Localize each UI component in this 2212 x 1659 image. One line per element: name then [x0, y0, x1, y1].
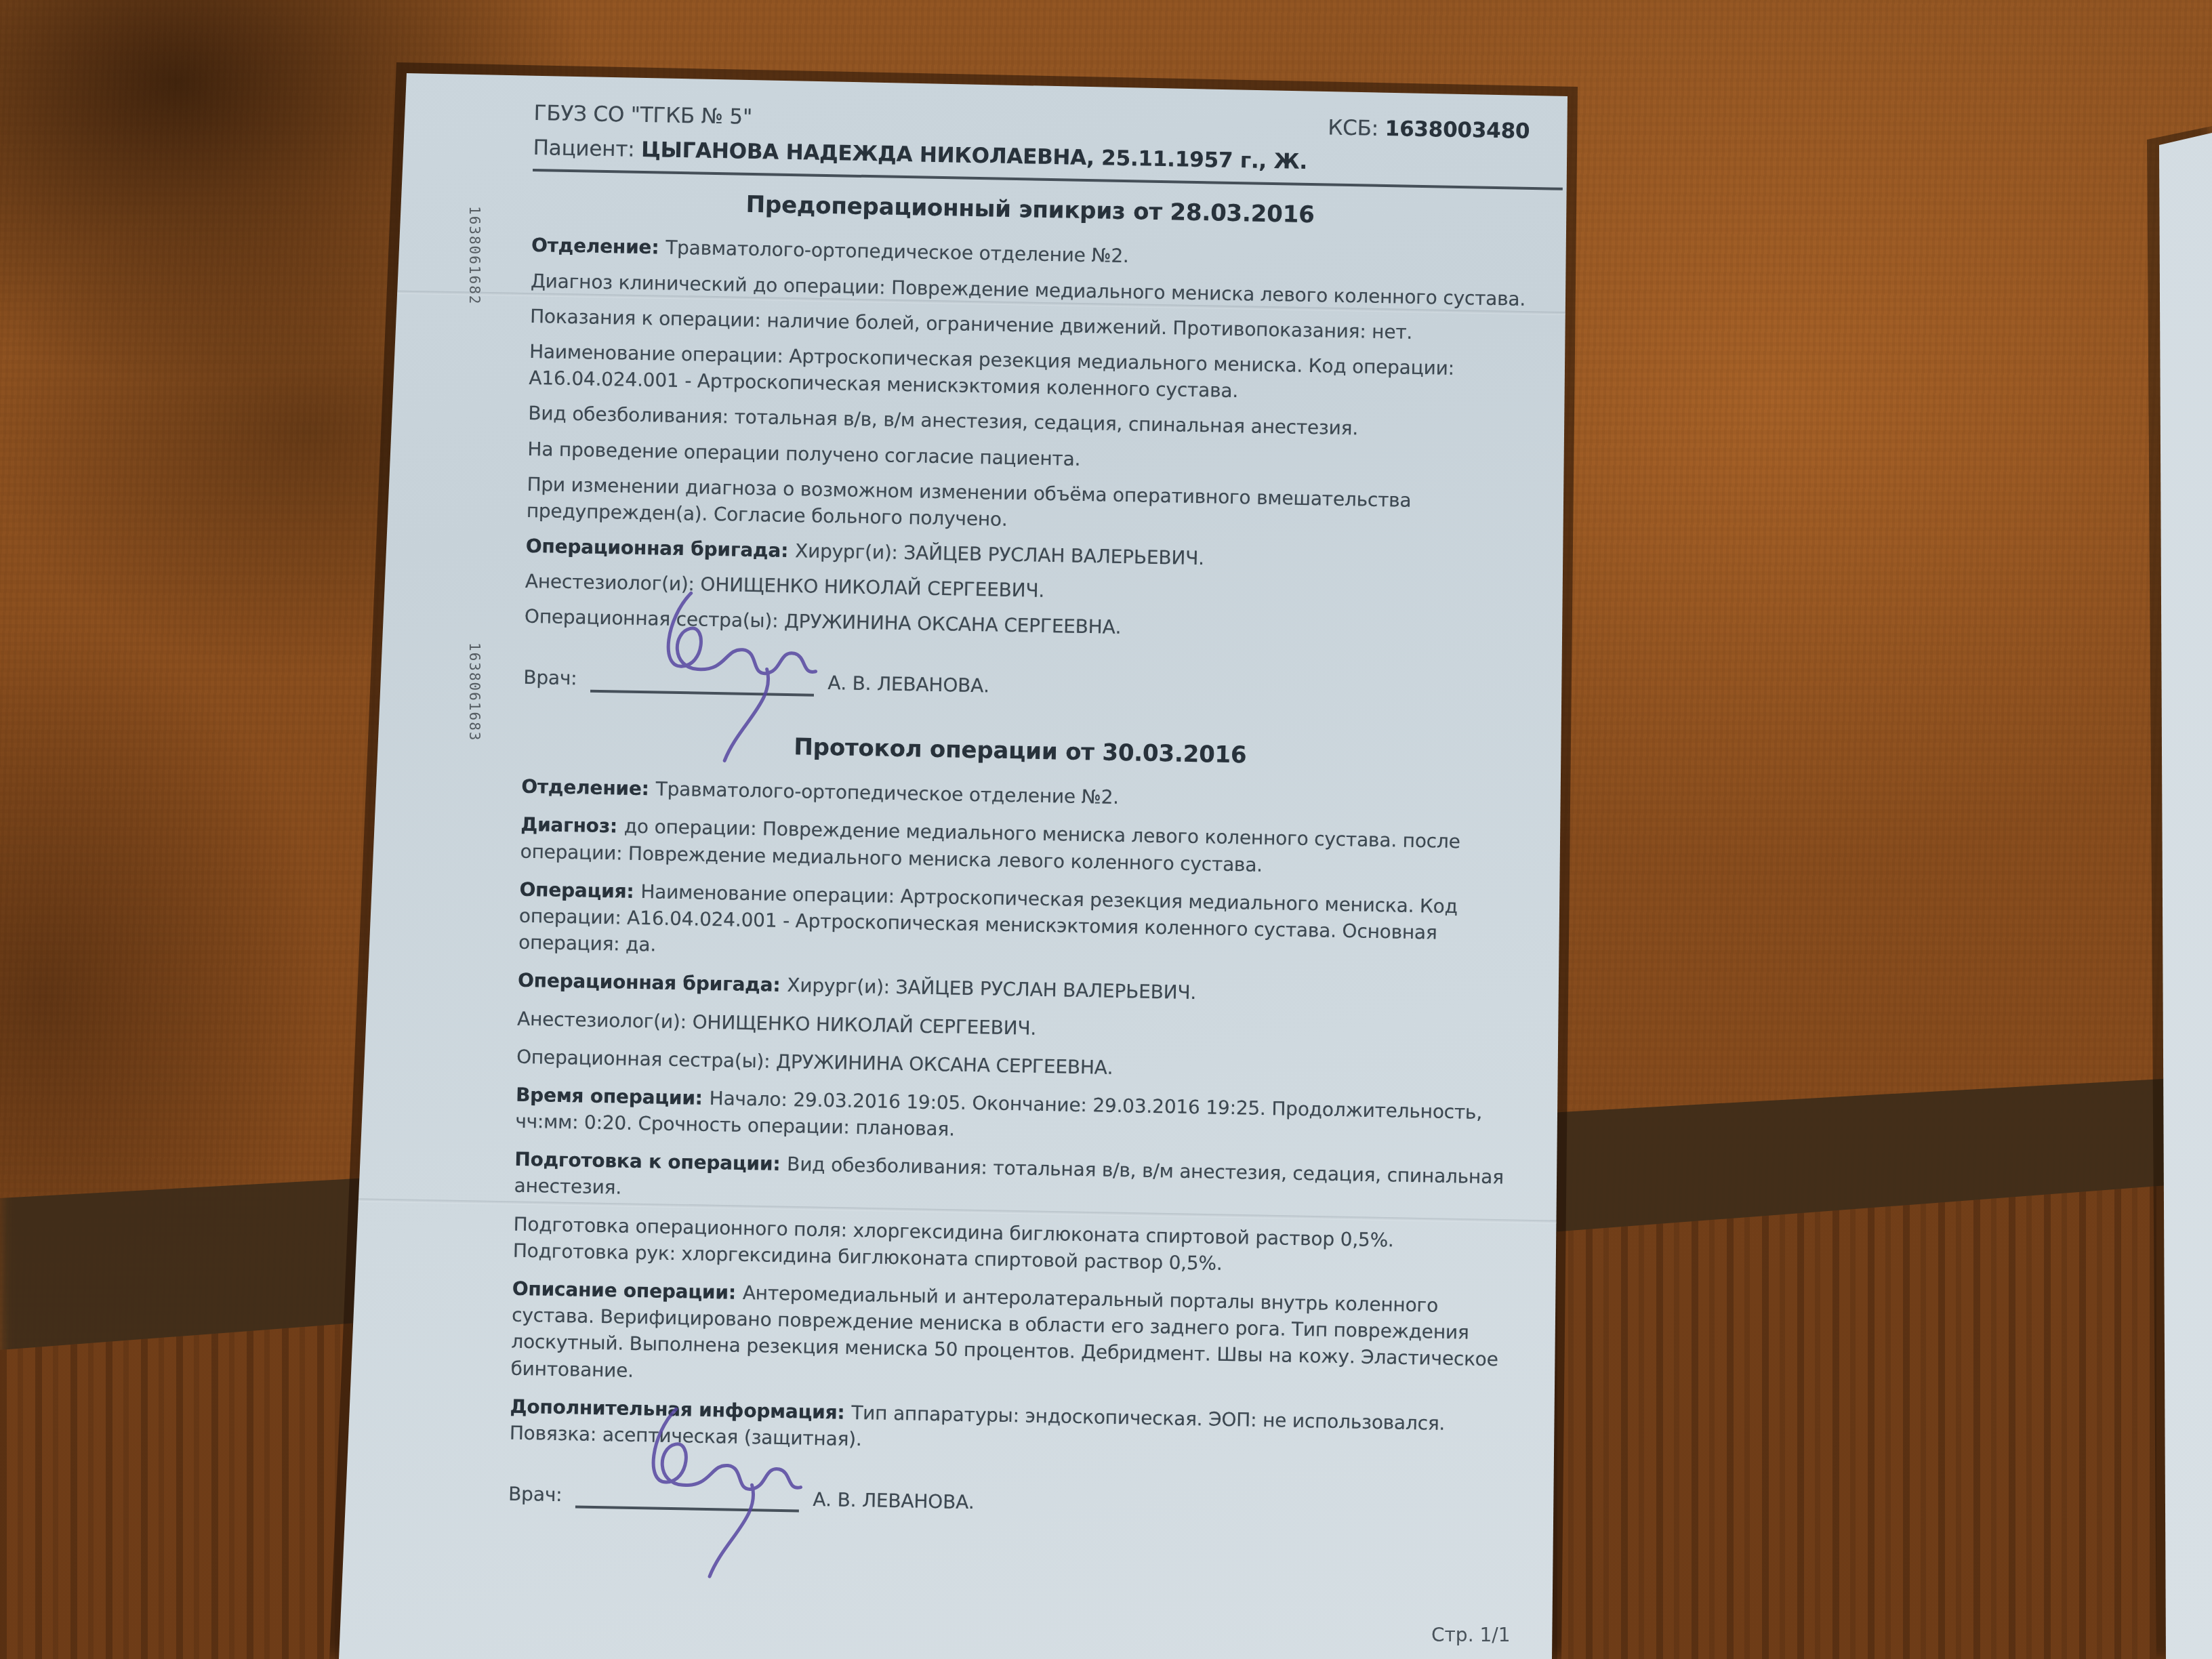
ksb-label: КСБ:	[1328, 115, 1378, 140]
section2-body: Отделение:Травматолого-ортопедическое от…	[510, 773, 1518, 1465]
document-content: ГБУЗ СО "ТГКБ № 5" КСБ: 1638003480 Пацие…	[508, 99, 1530, 1530]
doctor-name: А. В. ЛЕВАНОВА.	[813, 1486, 975, 1516]
paragraph: Время операции:Начало: 29.03.2016 19:05.…	[515, 1082, 1512, 1153]
doctor-signature-row: Врач: А. В. ЛЕВАНОВА.	[508, 1473, 1505, 1525]
doctor-name: А. В. ЛЕВАНОВА.	[827, 670, 989, 700]
paragraph: Наименование операции: Артроскопическая …	[529, 338, 1525, 409]
paragraph: Описание операции:Антеромедиальный и ант…	[510, 1275, 1509, 1400]
paragraph: Операционная бригада:Хирург(и): ЗАЙЦЕВ Р…	[518, 967, 1514, 1012]
photo-of-medical-document: 1638061682 1638061683 ГБУЗ СО "ТГКБ № 5"…	[0, 0, 2212, 1659]
doctor-signature-row: Врач: А. В. ЛЕВАНОВА.	[523, 657, 1520, 709]
paragraph: При изменении диагноза о возможном измен…	[527, 471, 1523, 542]
patient-name: ЦЫГАНОВА НАДЕЖДА НИКОЛАЕВНА, 25.11.1957 …	[641, 138, 1307, 174]
signature-line	[575, 1475, 800, 1513]
doctor-label: Врач:	[523, 664, 577, 692]
side-barcode-number: 1638061683	[466, 642, 483, 741]
paragraph: Операция:Наименование операции: Артроско…	[518, 876, 1516, 974]
paragraph: Операционная сестра(ы): ДРУЖИНИНА ОКСАНА…	[516, 1043, 1513, 1088]
paragraph: Диагноз:до операции: Повреждение медиаль…	[520, 811, 1517, 882]
paragraph: Дополнительная информация:Тип аппаратуры…	[510, 1393, 1507, 1464]
paragraph: Анестезиолог(и): ОНИЩЕНКО НИКОЛАЙ СЕРГЕЕ…	[517, 1005, 1513, 1050]
ksb-number: КСБ: 1638003480	[1328, 113, 1530, 146]
paragraph: Отделение:Травматолого-ортопедическое от…	[521, 773, 1517, 818]
section1-title: Предоперационный эпикриз от 28.03.2016	[532, 185, 1529, 236]
page-footer: Стр. 1/1	[1431, 1624, 1511, 1646]
patient-label: Пациент:	[533, 136, 634, 162]
side-barcode-number: 1638061682	[466, 206, 483, 305]
paragraph: Подготовка к операции:Вид обезболивания:…	[514, 1146, 1511, 1217]
doctor-label: Врач:	[508, 1481, 562, 1509]
ksb-value: 1638003480	[1385, 117, 1530, 144]
signature-line	[590, 658, 815, 696]
hospital-name: ГБУЗ СО "ТГКБ № 5"	[533, 99, 752, 132]
paragraph: Подготовка операционного поля: хлоргекси…	[512, 1210, 1509, 1282]
section2-title: Протокол операции от 30.03.2016	[522, 726, 1519, 777]
section1-body: Отделение:Травматолого-ортопедическое от…	[525, 232, 1528, 648]
